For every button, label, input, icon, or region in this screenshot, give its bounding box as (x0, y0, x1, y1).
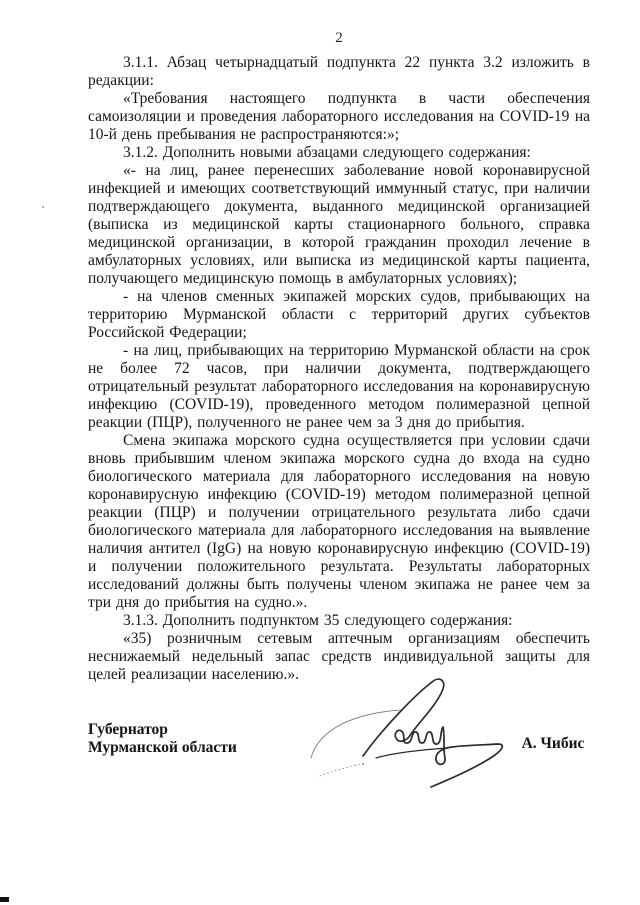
paragraph-persons-recovered: «- на лиц, ранее перенесших заболевание … (88, 162, 590, 288)
scan-artifact-corner-mark (0, 897, 9, 902)
document-body: 3.1.1. Абзац четырнадцатый подпункта 22 … (88, 54, 590, 684)
paragraph-quote-requirements: «Требования настоящего подпункта в части… (88, 90, 590, 144)
scan-artifact-dot (42, 206, 44, 208)
document-page: 2 3.1.1. Абзац четырнадцатый подпункта 2… (0, 0, 640, 905)
signer-title: Губернатор Мурманской области (88, 721, 237, 757)
signer-title-line2: Мурманской области (88, 739, 237, 757)
handwritten-signature-icon (288, 660, 520, 802)
paragraph-crew-change: Смена экипажа морского судна осуществляе… (88, 432, 590, 612)
paragraph-3-1-1: 3.1.1. Абзац четырнадцатый подпункта 22 … (88, 54, 590, 90)
signer-title-line1: Губернатор (88, 721, 237, 739)
signer-name: А. Чибис (503, 735, 603, 753)
paragraph-3-1-2: 3.1.2. Дополнить новыми абзацами следующ… (88, 144, 590, 162)
paragraph-3-1-3: 3.1.3. Дополнить подпунктом 35 следующег… (88, 612, 590, 630)
page-number: 2 (88, 30, 590, 47)
paragraph-short-stay-72h: - на лиц, прибывающих на территорию Мурм… (88, 342, 590, 432)
paragraph-ship-crews: - на членов сменных экипажей морских суд… (88, 288, 590, 342)
